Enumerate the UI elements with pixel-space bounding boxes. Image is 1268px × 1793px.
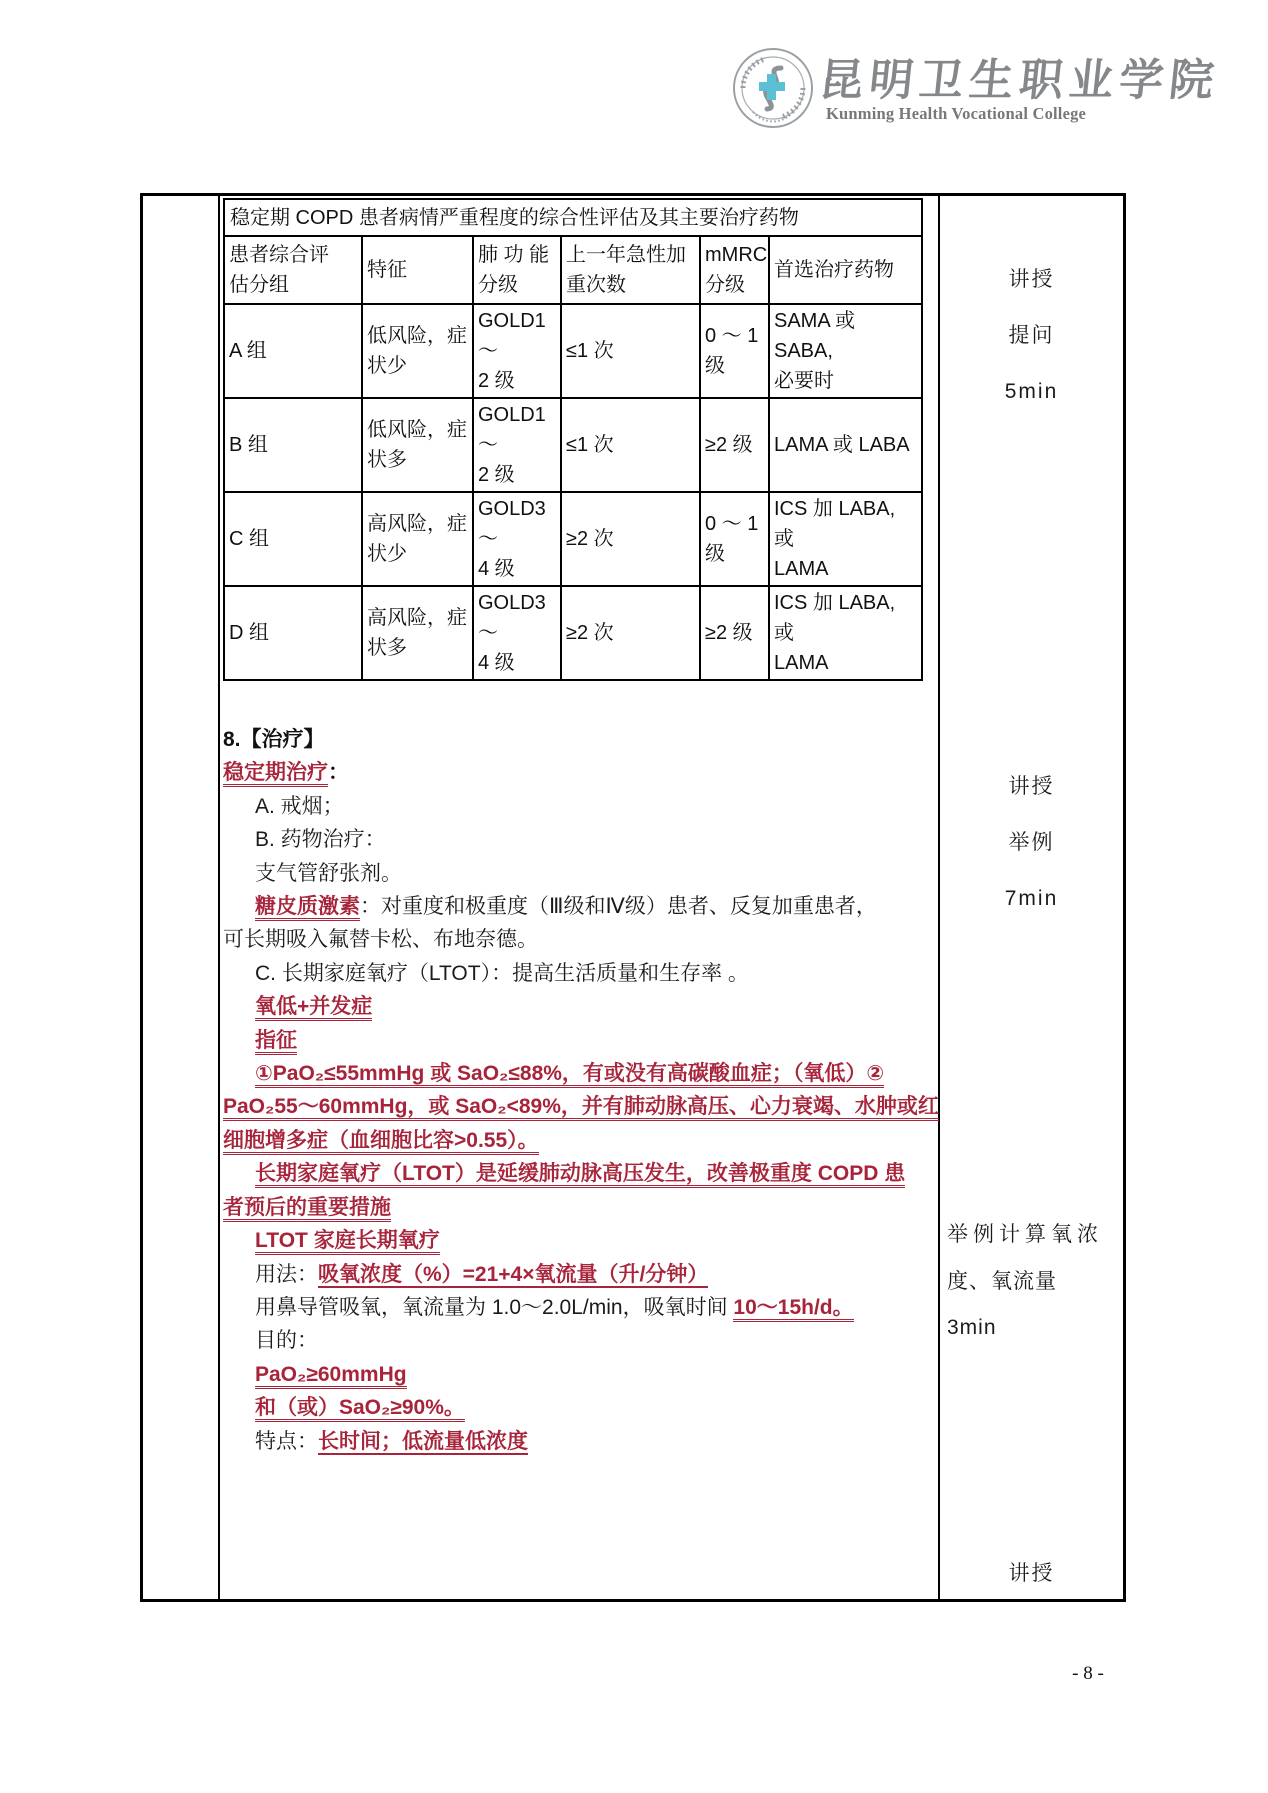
assessment-table-row: B 组低风险，症状多GOLD1～2 级≤1 次≥2 级LAMA 或 LABA bbox=[224, 398, 922, 492]
assessment-table-cell: GOLD1～2 级 bbox=[473, 304, 561, 398]
highlighted-text-segment: PaO₂55～60mmHg，或 SaO₂<89%，并有肺动脉高压、心力衰竭、水肿… bbox=[223, 1095, 939, 1121]
text-line: 8.【治疗】 bbox=[223, 723, 929, 756]
assessment-table-cell: LAMA 或 LABA bbox=[769, 398, 922, 492]
highlighted-text-segment: 氧低+并发症 bbox=[255, 995, 372, 1021]
content-column: 稳定期 COPD 患者病情严重程度的综合性评估及其主要治疗药物 患者综合评估分组… bbox=[220, 196, 940, 1599]
text-line: 糖皮质激素：对重度和极重度（Ⅲ级和Ⅳ级）患者、反复加重患者， bbox=[223, 890, 929, 923]
text-line: 长期家庭氧疗（LTOT）是延缓肺动脉高压发生，改善极重度 COPD 患 bbox=[223, 1157, 929, 1190]
assessment-column-header: 特征 bbox=[362, 236, 473, 304]
text-line: 用鼻导管吸氧，氧流量为 1.0～2.0L/min，吸氧时间 10～15h/d。 bbox=[223, 1291, 929, 1324]
text-line: 者预后的重要措施 bbox=[223, 1191, 929, 1224]
method-block-oxygen-example: 举例计算氧浓度、氧流量3min bbox=[940, 1212, 1099, 1352]
assessment-table-cell: 高风险，症状多 bbox=[362, 586, 473, 680]
method-time-label: 举例 bbox=[940, 815, 1123, 871]
assessment-table-cell: ≥2 次 bbox=[561, 492, 700, 586]
text-line: 支气管舒张剂。 bbox=[223, 857, 929, 890]
text-line: 氧低+并发症 bbox=[223, 990, 929, 1023]
highlighted-text-segment: ①PaO₂≤55mmHg 或 SaO₂≤88%，有或没有高碳酸血症；（氧低）② bbox=[255, 1062, 884, 1088]
method-block-lecture: 讲授 bbox=[940, 1546, 1123, 1602]
highlighted-text-segment: 长时间；低流量低浓度 bbox=[318, 1430, 528, 1455]
text-line: PaO₂≥60mmHg bbox=[223, 1358, 929, 1391]
text-line: 细胞增多症（血细胞比容>0.55）。 bbox=[223, 1124, 929, 1157]
text-line: C. 长期家庭氧疗（LTOT）：提高生活质量和生存率 。 bbox=[223, 957, 929, 990]
assessment-column-header: 患者综合评估分组 bbox=[224, 236, 362, 304]
text-line: B. 药物治疗： bbox=[223, 823, 929, 856]
assessment-table-row: A 组低风险，症状少GOLD1～2 级≤1 次0 ～ 1级SAMA 或 SABA… bbox=[224, 304, 922, 398]
assessment-table-cell: A 组 bbox=[224, 304, 362, 398]
assessment-table-cell: GOLD3～4 级 bbox=[473, 492, 561, 586]
method-block-lecture-example: 讲授举例7min bbox=[940, 759, 1123, 927]
left-margin-column bbox=[143, 196, 220, 1599]
method-time-label: 7min bbox=[940, 871, 1123, 927]
college-header: 昆明卫生职业学院 Kunming Health Vocational Colle… bbox=[0, 0, 1268, 150]
highlighted-text-segment: 细胞增多症（血细胞比容>0.55）。 bbox=[223, 1129, 539, 1155]
text-segment: C. 长期家庭氧疗（LTOT）：提高生活质量和生存率 。 bbox=[255, 962, 749, 985]
assessment-column-header: mMRC分级 bbox=[700, 236, 769, 304]
assessment-table-cell: ≥2 次 bbox=[561, 586, 700, 680]
text-line: 可长期吸入氟替卡松、布地奈德。 bbox=[223, 923, 929, 956]
text-segment: ：对重度和极重度（Ⅲ级和Ⅳ级）患者、反复加重患者， bbox=[360, 895, 877, 918]
assessment-table-cell: D 组 bbox=[224, 586, 362, 680]
text-line: ①PaO₂≤55mmHg 或 SaO₂≤88%，有或没有高碳酸血症；（氧低）② bbox=[223, 1057, 929, 1090]
assessment-column-header: 首选治疗药物 bbox=[769, 236, 922, 304]
document-page: 昆明卫生职业学院 Kunming Health Vocational Colle… bbox=[0, 0, 1268, 1793]
text-line: PaO₂55～60mmHg，或 SaO₂<89%，并有肺动脉高压、心力衰竭、水肿… bbox=[223, 1090, 929, 1123]
method-time-label: 举例计算氧浓度、氧流量 bbox=[947, 1212, 1099, 1305]
highlighted-text-segment: 者预后的重要措施 bbox=[223, 1196, 391, 1222]
text-segment: ： bbox=[328, 761, 349, 784]
college-name-chinese: 昆明卫生职业学院 bbox=[817, 44, 1074, 106]
assessment-table-cell: C 组 bbox=[224, 492, 362, 586]
assessment-column-header: 上一年急性加重次数 bbox=[561, 236, 700, 304]
text-segment: 用法： bbox=[255, 1263, 318, 1286]
college-name-english: Kunming Health Vocational College bbox=[826, 104, 1086, 124]
method-time-label: 讲授 bbox=[940, 252, 1123, 308]
assessment-table-cell: ≤1 次 bbox=[561, 398, 700, 492]
assessment-table-cell: ICS 加 LABA, 或LAMA bbox=[769, 492, 922, 586]
assessment-table-cell: ≥2 级 bbox=[700, 398, 769, 492]
treatment-section: 8.【治疗】稳定期治疗：A. 戒烟；B. 药物治疗：支气管舒张剂。糖皮质激素：对… bbox=[223, 723, 929, 1458]
highlighted-text-segment: 稳定期治疗 bbox=[223, 761, 328, 787]
method-time-label: 3min bbox=[947, 1305, 1099, 1352]
assessment-table-cell: GOLD1～2 级 bbox=[473, 398, 561, 492]
assessment-table-cell: ≤1 次 bbox=[561, 304, 700, 398]
method-time-label: 讲授 bbox=[940, 759, 1123, 815]
assessment-table-cell: 低风险，症状多 bbox=[362, 398, 473, 492]
text-line: 用法：吸氧浓度（%）=21+4×氧流量（升/分钟） bbox=[223, 1258, 929, 1291]
highlighted-text-segment: LTOT 家庭长期氧疗 bbox=[255, 1229, 440, 1255]
text-segment: 可长期吸入氟替卡松、布地奈德。 bbox=[223, 928, 538, 951]
highlighted-text-segment: 和（或）SaO₂≥90%。 bbox=[255, 1396, 465, 1422]
text-segment: 特点： bbox=[255, 1430, 318, 1453]
page-number: - 8 - bbox=[1048, 1663, 1128, 1685]
text-segment: 目的： bbox=[255, 1329, 318, 1352]
text-segment: 8.【治疗】 bbox=[223, 728, 325, 751]
assessment-table-row: C 组高风险，症状少GOLD3～4 级≥2 次0 ～ 1级ICS 加 LABA,… bbox=[224, 492, 922, 586]
text-line: 目的： bbox=[223, 1324, 929, 1357]
assessment-column-header: 肺 功 能分级 bbox=[473, 236, 561, 304]
assessment-table-cell: ICS 加 LABA, 或LAMA bbox=[769, 586, 922, 680]
highlighted-text-segment: PaO₂≥60mmHg bbox=[255, 1363, 407, 1389]
highlighted-text-segment: 吸氧浓度（%）=21+4×氧流量（升/分钟） bbox=[318, 1263, 708, 1288]
assessment-table-title: 稳定期 COPD 患者病情严重程度的综合性评估及其主要治疗药物 bbox=[224, 199, 922, 236]
method-time-label: 5min bbox=[940, 364, 1123, 420]
highlighted-text-segment: 糖皮质激素 bbox=[255, 895, 360, 921]
text-line: 稳定期治疗： bbox=[223, 756, 929, 789]
assessment-table-cell: 低风险，症状少 bbox=[362, 304, 473, 398]
assessment-table-cell: SAMA 或 SABA,必要时 bbox=[769, 304, 922, 398]
text-line: LTOT 家庭长期氧疗 bbox=[223, 1224, 929, 1257]
highlighted-text-segment: 10～15h/d。 bbox=[733, 1296, 853, 1322]
text-segment: 用鼻导管吸氧，氧流量为 1.0～2.0L/min，吸氧时间 bbox=[255, 1296, 733, 1319]
text-line: A. 戒烟； bbox=[223, 790, 929, 823]
college-seal-icon bbox=[731, 46, 815, 130]
assessment-table-cell: ≥2 级 bbox=[700, 586, 769, 680]
assessment-table-row: D 组高风险，症状多GOLD3～4 级≥2 次≥2 级ICS 加 LABA, 或… bbox=[224, 586, 922, 680]
text-line: 指征 bbox=[223, 1024, 929, 1057]
text-segment: 支气管舒张剂。 bbox=[255, 862, 402, 885]
method-block-lecture-question: 讲授提问5min bbox=[940, 252, 1123, 420]
copd-assessment-table: 稳定期 COPD 患者病情严重程度的综合性评估及其主要治疗药物 患者综合评估分组… bbox=[223, 198, 923, 681]
assessment-table-cell: GOLD3～4 级 bbox=[473, 586, 561, 680]
method-time-label: 提问 bbox=[940, 308, 1123, 364]
text-segment: A. 戒烟； bbox=[255, 795, 344, 818]
text-line: 和（或）SaO₂≥90%。 bbox=[223, 1391, 929, 1424]
assessment-table-cell: 0 ～ 1级 bbox=[700, 304, 769, 398]
method-time-label: 讲授 bbox=[940, 1546, 1123, 1602]
highlighted-text-segment: 长期家庭氧疗（LTOT）是延缓肺动脉高压发生，改善极重度 COPD 患 bbox=[255, 1162, 905, 1188]
assessment-table-cell: 0 ～ 1级 bbox=[700, 492, 769, 586]
assessment-table-cell: 高风险，症状少 bbox=[362, 492, 473, 586]
text-segment: B. 药物治疗： bbox=[255, 828, 386, 851]
assessment-table-title-row: 稳定期 COPD 患者病情严重程度的综合性评估及其主要治疗药物 bbox=[224, 199, 922, 236]
assessment-table-cell: B 组 bbox=[224, 398, 362, 492]
assessment-table-header-row: 患者综合评估分组特征肺 功 能分级上一年急性加重次数mMRC分级首选治疗药物 bbox=[224, 236, 922, 304]
method-time-column: 讲授提问5min 讲授举例7min 举例计算氧浓度、氧流量3min 讲授 bbox=[940, 196, 1123, 1599]
highlighted-text-segment: 指征 bbox=[255, 1029, 297, 1055]
lesson-plan-table: 稳定期 COPD 患者病情严重程度的综合性评估及其主要治疗药物 患者综合评估分组… bbox=[140, 193, 1126, 1602]
text-line: 特点：长时间；低流量低浓度 bbox=[223, 1425, 929, 1458]
